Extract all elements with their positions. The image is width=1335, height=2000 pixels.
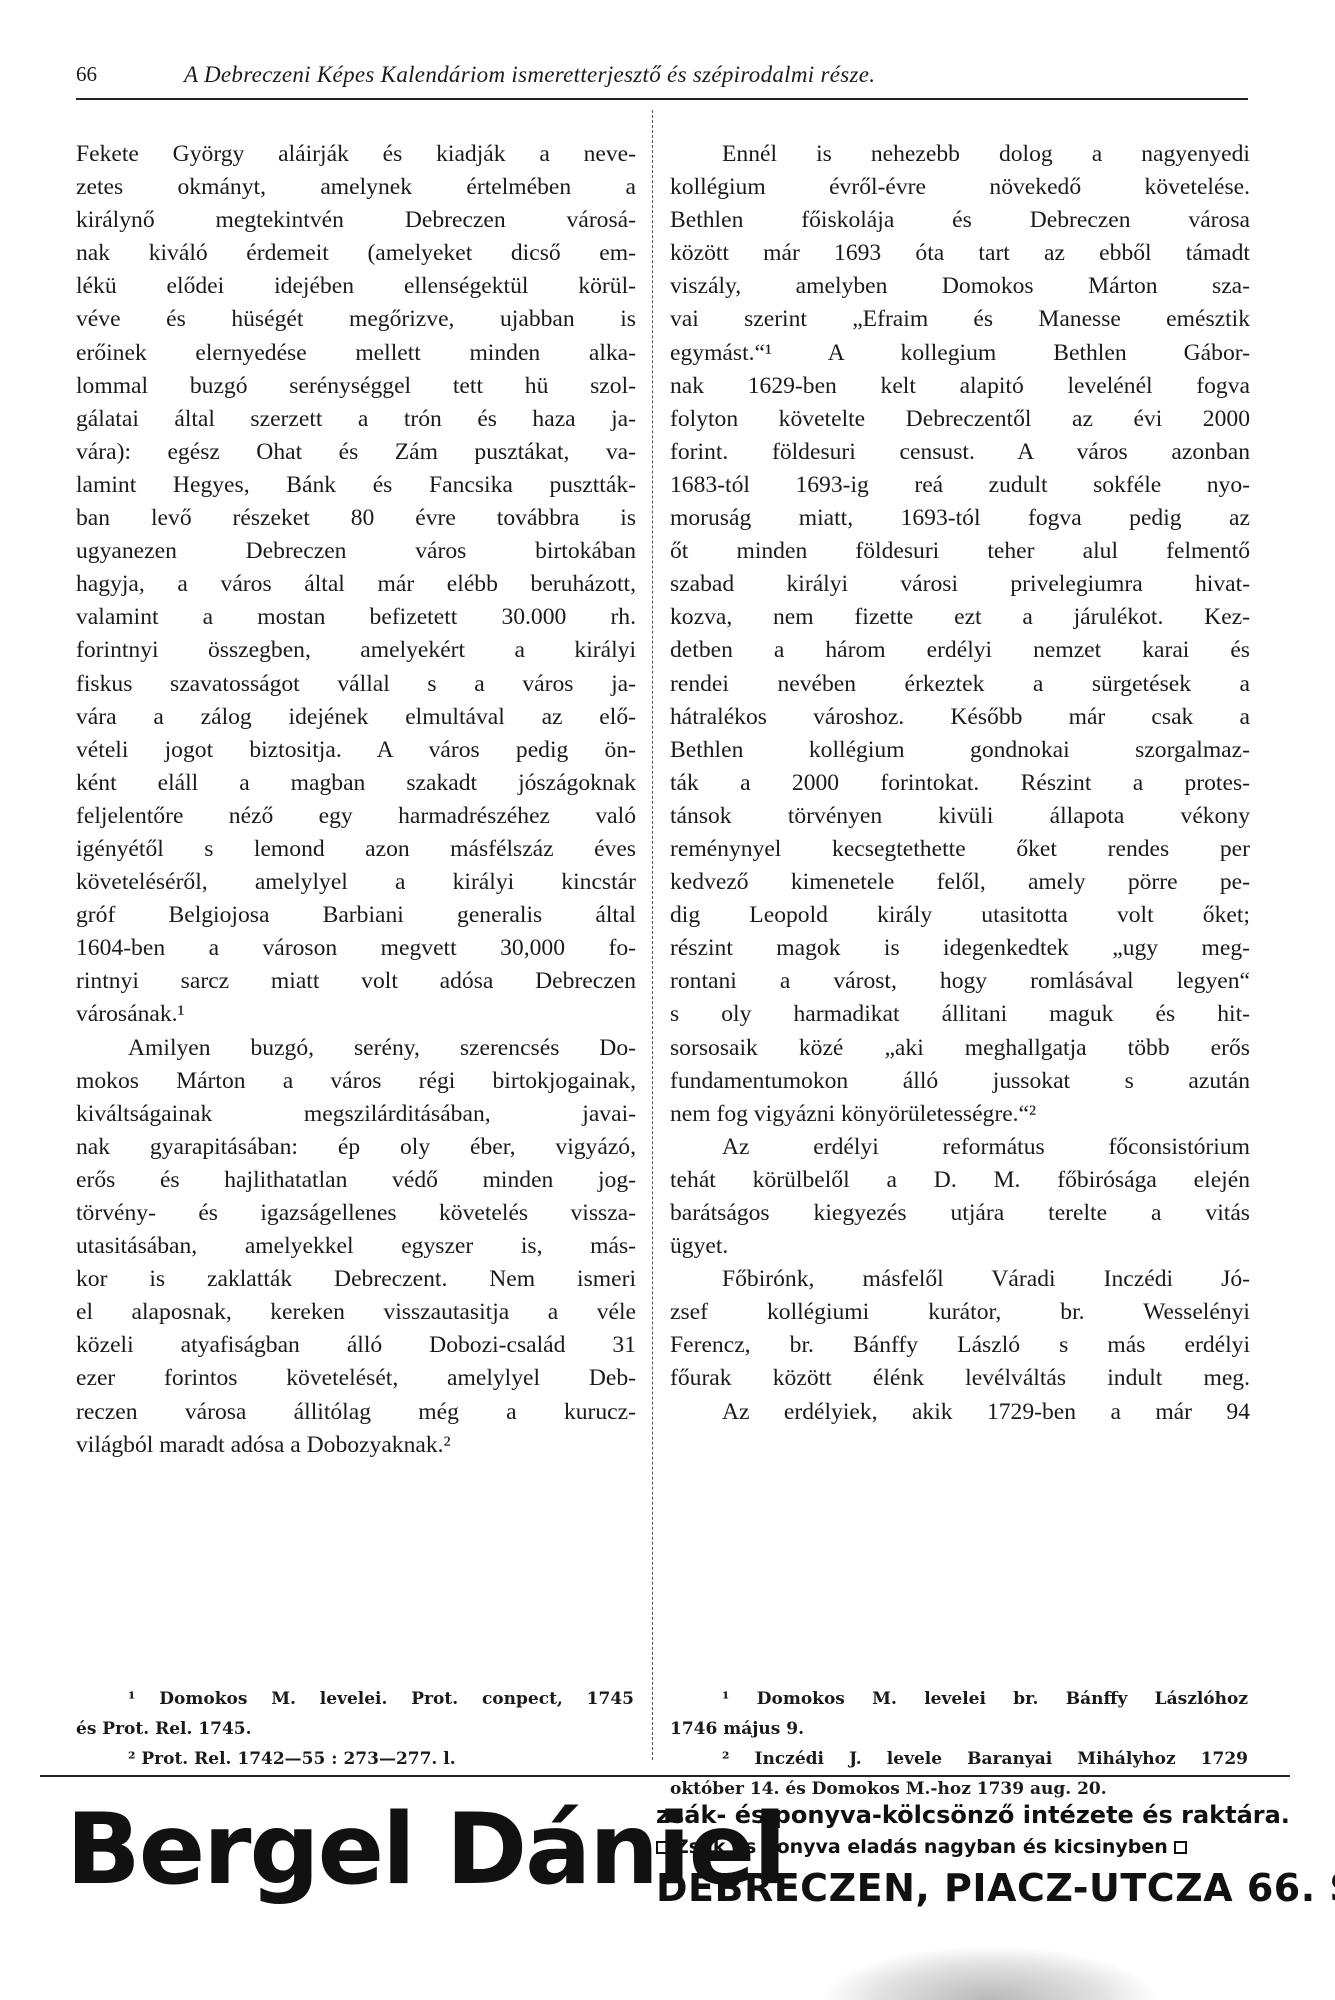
text-line: törvény- és igazságellenes követelés vis… bbox=[76, 1197, 636, 1230]
ad-subline: Zsák és ponyva eladás nagyban és kicsiny… bbox=[656, 1832, 1300, 1862]
text-line: vai szerint „Efraim és Manesse emésztik bbox=[670, 303, 1250, 336]
text-line: ban levő részeket 80 évre továbbra is bbox=[76, 502, 636, 535]
text-line: lommal buzgó serénységgel tett hü szol- bbox=[76, 370, 636, 403]
text-line: folyton követelte Debreczentől az évi 20… bbox=[670, 403, 1250, 436]
paragraph-start: Ennél is nehezebb dolog a nagyenyedi bbox=[670, 138, 1250, 171]
text-line: ták a 2000 forintokat. Részint a protes- bbox=[670, 767, 1250, 800]
text-line: fundamentumokon álló jussokat s azután bbox=[670, 1065, 1250, 1098]
text-line: kiváltságainak megszilárditásában, javai… bbox=[76, 1098, 636, 1131]
text-line: vételi jogot biztositja. A város pedig ö… bbox=[76, 734, 636, 767]
left-footnotes: ¹ Domokos M. levelei. Prot. conpect, 174… bbox=[76, 1684, 634, 1774]
footnote: ² Prot. Rel. 1742—55 : 273—277. l. bbox=[76, 1744, 634, 1774]
ad-subline-text: Zsák és ponyva eladás nagyban és kicsiny… bbox=[675, 1832, 1168, 1862]
text-line: nak kiváló érdemeit (amelyeket dicső em- bbox=[76, 237, 636, 270]
ad-tagline: zsák- és ponyva-kölcsönző intézete és ra… bbox=[656, 1798, 1300, 1832]
footnote: ² Inczédi J. levele Baranyai Mihályhoz 1… bbox=[670, 1744, 1248, 1774]
header-rule bbox=[76, 98, 1248, 100]
text-line: hátralékos városhoz. Később már csak a bbox=[670, 701, 1250, 734]
text-line: vára): egész Ohat és Zám pusztákat, va- bbox=[76, 436, 636, 469]
page-header: 66 A Debreczeni Képes Kalendáriom ismere… bbox=[76, 62, 1248, 102]
text-line: őt minden földesuri teher alul felmentő bbox=[670, 535, 1250, 568]
right-footnotes: ¹ Domokos M. levelei br. Bánffy Lászlóho… bbox=[670, 1684, 1248, 1804]
text-line: ként eláll a magban szakadt jószágoknak bbox=[76, 767, 636, 800]
text-line: reménynyel kecsegtethette őket rendes pe… bbox=[670, 833, 1250, 866]
text-line: ezer forintos követelését, amelylyel Deb… bbox=[76, 1362, 636, 1395]
text-line: viszály, amelyben Domokos Márton sza- bbox=[670, 270, 1250, 303]
ad-address: DEBRECZEN, PIACZ-UTCZA 66. SZ. bbox=[656, 1862, 1300, 1914]
text-line: királynő megtekintvén Debreczen városá- bbox=[76, 204, 636, 237]
footnote: ¹ Domokos M. levelei. Prot. conpect, 174… bbox=[76, 1684, 634, 1714]
text-line: kedvező kimenetele felől, amely pörre pe… bbox=[670, 866, 1250, 899]
text-line: nak 1629-ben kelt alapitó levelénél fogv… bbox=[670, 370, 1250, 403]
text-line: tehát körülbelől a D. M. főbirósága elej… bbox=[670, 1164, 1250, 1197]
text-line: ügyet. bbox=[670, 1230, 1250, 1263]
text-line: kor is zaklatták Debreczent. Nem ismeri bbox=[76, 1263, 636, 1296]
text-line: detben a három erdélyi nemzet karai és bbox=[670, 634, 1250, 667]
text-line: utasitásában, amelyekkel egyszer is, más… bbox=[76, 1230, 636, 1263]
text-line: feljelentőre néző egy harmadrészéhez val… bbox=[76, 800, 636, 833]
text-line: rendei nevében érkeztek a sürgetések a bbox=[670, 668, 1250, 701]
footer-rule bbox=[40, 1775, 1290, 1777]
text-line: 1683-tól 1693-ig reá zudult sokféle nyo- bbox=[670, 469, 1250, 502]
advertisement-details: zsák- és ponyva-kölcsönző intézete és ra… bbox=[656, 1798, 1300, 1914]
column-divider bbox=[652, 110, 653, 1760]
text-line: dig Leopold király utasitotta volt őket; bbox=[670, 899, 1250, 932]
paragraph-start: Az erdélyi református főconsistórium bbox=[670, 1131, 1250, 1164]
text-line: városának.¹ bbox=[76, 998, 636, 1031]
text-line: hagyja, a város által már elébb beruházo… bbox=[76, 568, 636, 601]
page-number: 66 bbox=[76, 62, 97, 87]
text-line: igényétől s lemond azon másfélszáz éves bbox=[76, 833, 636, 866]
text-line: tánsok törvényen kivüli állapota vékony bbox=[670, 800, 1250, 833]
paragraph-start: Az erdélyiek, akik 1729-ben a már 94 bbox=[670, 1396, 1250, 1429]
square-bullet-icon bbox=[1174, 1841, 1187, 1854]
text-line: reczen városa állitólag még a kurucz- bbox=[76, 1396, 636, 1429]
advertisement: Bergel Dániel zsák- és ponyva-kölcsönző … bbox=[60, 1790, 1300, 1930]
text-line: Ferencz, br. Bánffy László s más erdélyi bbox=[670, 1329, 1250, 1362]
right-column: Ennél is nehezebb dolog a nagyenyedi kol… bbox=[670, 138, 1250, 1429]
text-line: s oly harmadikat állitani maguk és hit- bbox=[670, 998, 1250, 1031]
text-line: gróf Belgiojosa Barbiani generalis által bbox=[76, 899, 636, 932]
text-line: valamint a mostan befizetett 30.000 rh. bbox=[76, 601, 636, 634]
left-column: Fekete György aláirják és kiadják a neve… bbox=[76, 138, 636, 1462]
footnote: és Prot. Rel. 1745. bbox=[76, 1714, 634, 1744]
text-line: rintnyi sarcz miatt volt adósa Debreczen bbox=[76, 965, 636, 998]
text-line: gálatai által szerzett a trón és haza ja… bbox=[76, 403, 636, 436]
text-line: nak gyarapitásában: ép oly éber, vigyázó… bbox=[76, 1131, 636, 1164]
text-line: zsef kollégiumi kurátor, br. Wesselényi bbox=[670, 1296, 1250, 1329]
text-line: Bethlen kollégium gondnokai szorgalmaz- bbox=[670, 734, 1250, 767]
text-line: világból maradt adósa a Dobozyaknak.² bbox=[76, 1429, 636, 1462]
text-line: moruság miatt, 1693-tól fogva pedig az bbox=[670, 502, 1250, 535]
running-title: A Debreczeni Képes Kalendáriom ismerette… bbox=[184, 62, 875, 88]
text-line: lamint Hegyes, Bánk és Fancsika pusztták… bbox=[76, 469, 636, 502]
text-line: szabad királyi városi privelegiumra hiva… bbox=[670, 568, 1250, 601]
text-line: forint. földesuri censust. A város azonb… bbox=[670, 436, 1250, 469]
text-line: lékü elődei idejében ellenségektül körül… bbox=[76, 270, 636, 303]
text-line: részint magok is idegenkedtek „ugy meg- bbox=[670, 932, 1250, 965]
text-line: mokos Márton a város régi birtokjogainak… bbox=[76, 1065, 636, 1098]
square-bullet-icon bbox=[656, 1841, 669, 1854]
text-line: véve és hüségét megőrizve, ujabban is bbox=[76, 303, 636, 336]
text-line: főurak között élénk levélváltás indult m… bbox=[670, 1362, 1250, 1395]
paragraph-start: Főbirónk, másfelől Váradi Inczédi Jó- bbox=[670, 1263, 1250, 1296]
text-line: rontani a várost, hogy romlásával legyen… bbox=[670, 965, 1250, 998]
text-line: követeléséről, amelylyel a királyi kincs… bbox=[76, 866, 636, 899]
text-line: el alaposnak, kereken visszautasitja a v… bbox=[76, 1296, 636, 1329]
text-line: sorsosaik közé „aki meghallgatja több er… bbox=[670, 1032, 1250, 1065]
footnote: ¹ Domokos M. levelei br. Bánffy Lászlóho… bbox=[670, 1684, 1248, 1714]
text-line: között már 1693 óta tart az ebből támadt bbox=[670, 237, 1250, 270]
text-line: forintnyi összegben, amelyekért a király… bbox=[76, 634, 636, 667]
text-line: Bethlen főiskolája és Debreczen városa bbox=[670, 204, 1250, 237]
text-line: barátságos kiegyezés utjára terelte a vi… bbox=[670, 1197, 1250, 1230]
text-line: közeli atyafiságban álló Dobozi-család 3… bbox=[76, 1329, 636, 1362]
text-line: ugyanezen Debreczen város birtokában bbox=[76, 535, 636, 568]
text-line: erős és hajlithatatlan védő minden jog- bbox=[76, 1164, 636, 1197]
footnote: 1746 május 9. bbox=[670, 1714, 1248, 1744]
text-line: 1604-ben a városon megvett 30,000 fo- bbox=[76, 932, 636, 965]
text-line: nem fog vigyázni könyörületességre.“² bbox=[670, 1098, 1250, 1131]
text-line: vára a zálog idejének elmultával az elő- bbox=[76, 701, 636, 734]
text-line: fiskus szavatosságot vállal s a város ja… bbox=[76, 668, 636, 701]
scan-speckle bbox=[820, 1945, 1160, 2000]
text-line: egymást.“¹ A kollegium Bethlen Gábor- bbox=[670, 337, 1250, 370]
text-line: kozva, nem fizette ezt a járulékot. Kez- bbox=[670, 601, 1250, 634]
paragraph-start: Amilyen buzgó, serény, szerencsés Do- bbox=[76, 1032, 636, 1065]
text-line: erőinek elernyedése mellett minden alka- bbox=[76, 337, 636, 370]
text-line: zetes okmányt, amelynek értelmében a bbox=[76, 171, 636, 204]
text-line: Fekete György aláirják és kiadják a neve… bbox=[76, 138, 636, 171]
text-line: kollégium évről-évre növekedő követelése… bbox=[670, 171, 1250, 204]
